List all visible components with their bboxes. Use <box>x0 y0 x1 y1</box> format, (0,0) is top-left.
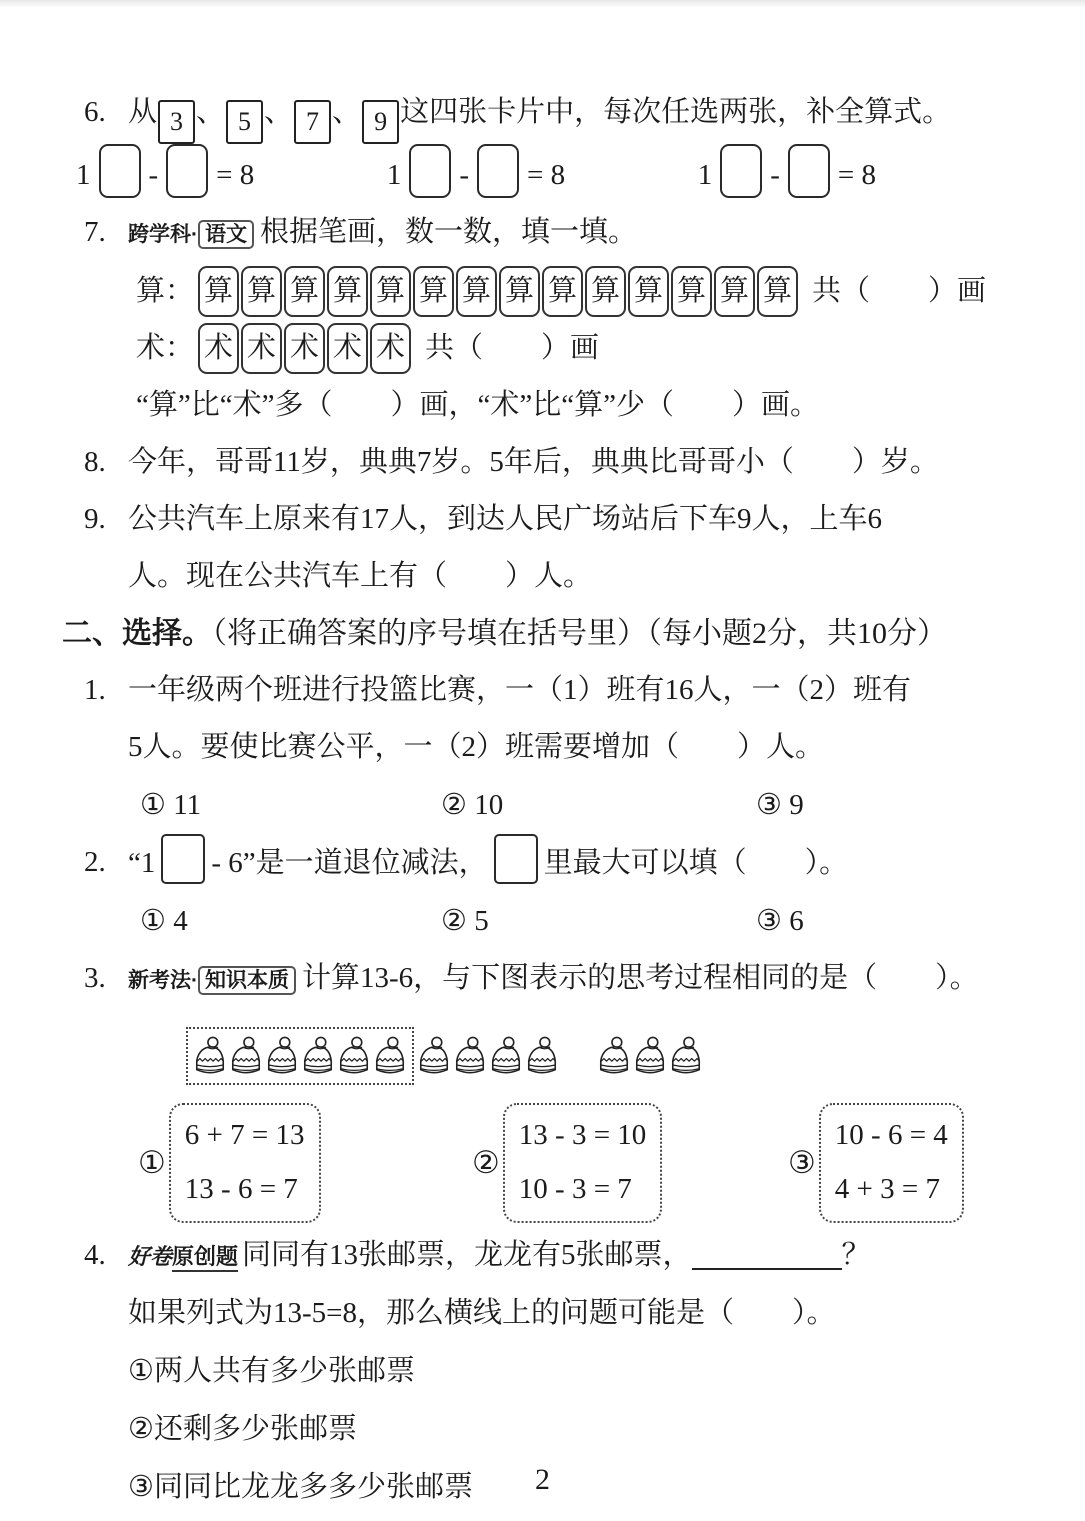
option-1: ①两人共有多少张邮票 <box>128 1342 1015 1400</box>
number-card-3: 3 <box>158 100 195 144</box>
choice-1-line1: 一年级两个班进行投篮比赛，一（1）班有16人，一（2）班有 <box>128 662 1015 719</box>
page-number: 2 <box>0 1463 1085 1497</box>
section-2-header: 二、选择。（将正确答案的序号填在括号里）（每小题2分，共10分） <box>62 605 1015 662</box>
section-2-title: 二、选择。 <box>62 617 212 650</box>
question-blank-line <box>692 1234 842 1270</box>
stroke-box: 算 <box>413 266 454 317</box>
answer-box <box>99 144 141 198</box>
question-6-number: 6. <box>84 84 128 141</box>
shu-label: 术： <box>136 320 194 377</box>
stroke-box: 算 <box>499 266 540 317</box>
choice-1-options: ① 11 ② 10 ③ 9 <box>140 776 1015 834</box>
cake-icon <box>669 1034 703 1078</box>
number-card-5: 5 <box>226 100 263 144</box>
option-3: ③10 - 6 = 44 + 3 = 7 <box>788 1103 1015 1222</box>
option-2: ② 10 <box>441 776 756 834</box>
stroke-box: 算 <box>241 266 282 317</box>
cake-icon <box>265 1034 299 1078</box>
cake-diagram <box>186 1017 1015 1095</box>
choice-4-line1: 好卷原创题同同有13张邮票，龙龙有5张邮票，？ <box>128 1227 1015 1285</box>
cross-subject-badge: 跨学科·语文 <box>128 223 254 246</box>
stroke-row-shu: 术： 术术术术术 共（ ）画 <box>62 320 1015 377</box>
cake-icon <box>337 1034 371 1078</box>
choice-question-2: 2. “1- 6”是一道退位减法，里最大可以填（ ）。 ① 4 ② 5 ③ 6 <box>62 834 1015 950</box>
scan-edge <box>0 0 1085 8</box>
option-3: ③ 9 <box>756 776 1015 834</box>
choice-3-text-row: 新考法·知识本质计算13-6，与下图表示的思考过程相同的是（ ）。 <box>128 950 1015 1009</box>
equation-blank: 1-= 8 <box>387 144 565 204</box>
stroke-box: 算 <box>198 266 239 317</box>
option-2: ②13 - 3 = 1010 - 3 = 7 <box>472 1103 788 1222</box>
suan-count-blank: 共（ ）画 <box>812 263 986 320</box>
cake-icon <box>453 1034 487 1078</box>
choice-2-options: ① 4 ② 5 ③ 6 <box>140 892 1015 950</box>
stroke-box: 算 <box>628 266 669 317</box>
choice-2-text: “1- 6”是一道退位减法，里最大可以填（ ）。 <box>128 834 1015 892</box>
choice-1-line2: 5人。要使比赛公平，一（2）班需要增加（ ）人。 <box>128 719 1015 776</box>
choice-question-3: 3. 新考法·知识本质计算13-6，与下图表示的思考过程相同的是（ ）。 ①6 … <box>62 950 1015 1227</box>
new-method-badge: 新考法·知识本质 <box>128 969 296 992</box>
question-6-text: 从3、5、7、9这四张卡片中，每次任选两张，补全算式。 <box>128 84 1015 144</box>
question-9-number: 9. <box>84 491 128 548</box>
choice-3-number: 3. <box>84 950 128 1007</box>
stroke-box: 术 <box>327 323 368 374</box>
stroke-box: 算 <box>284 266 325 317</box>
cake-icon <box>633 1034 667 1078</box>
cake-group-circled <box>186 1027 414 1085</box>
haojuan-logo: 好卷 <box>128 1244 172 1269</box>
stroke-box: 算 <box>542 266 583 317</box>
cake-icon <box>301 1034 335 1078</box>
original-question-badge: 原创题 <box>172 1244 238 1272</box>
stroke-box: 术 <box>284 323 325 374</box>
question-8-number: 8. <box>84 434 128 491</box>
question-7: 7. 跨学科·语文根据笔画，数一数，填一填。 <box>62 204 1015 263</box>
cake-group-middle <box>416 1034 560 1078</box>
cake-group-right <box>596 1034 704 1078</box>
shu-stroke-boxes: 术术术术术 <box>198 323 413 374</box>
option-3: ③ 6 <box>756 892 1015 950</box>
number-card-7: 7 <box>294 100 331 144</box>
question-8-text: 今年，哥哥11岁，典典7岁。5年后，典典比哥哥小（ ）岁。 <box>128 434 1015 491</box>
option-1: ①6 + 7 = 1313 - 6 = 7 <box>138 1103 472 1222</box>
stroke-box: 算 <box>671 266 712 317</box>
option-2: ②还剩多少张邮票 <box>128 1400 1015 1458</box>
stroke-box: 术 <box>198 323 239 374</box>
section-2-subtitle: （将正确答案的序号填在括号里）（每小题2分，共10分） <box>212 617 947 650</box>
cake-icon <box>597 1034 631 1078</box>
stroke-box: 术 <box>370 323 411 374</box>
question-7-text: 根据笔画，数一数，填一填。 <box>260 216 637 248</box>
stroke-box: 算 <box>327 266 368 317</box>
cake-icon <box>373 1034 407 1078</box>
question-9: 9. 公共汽车上原来有17人，到达人民广场站后下车9人，上车6 人。现在公共汽车… <box>62 491 1015 605</box>
exam-page: { "page": {"number": "2"}, "q6": { "num"… <box>0 0 1085 1521</box>
question-6: 6. 从3、5、7、9这四张卡片中，每次任选两张，补全算式。 <box>62 84 1015 144</box>
worksheet: 6. 从3、5、7、9这四张卡片中，每次任选两张，补全算式。 1-= 8 1-=… <box>0 0 1085 1516</box>
stroke-box: 算 <box>370 266 411 317</box>
question-8: 8. 今年，哥哥11岁，典典7岁。5年后，典典比哥哥小（ ）岁。 <box>62 434 1015 491</box>
cake-icon <box>489 1034 523 1078</box>
choice-3-text: 计算13-6，与下图表示的思考过程相同的是（ ）。 <box>302 962 979 994</box>
question-7-number: 7. <box>84 204 128 261</box>
stroke-row-suan: 算： 算算算算算算算算算算算算算算 共（ ）画 <box>62 263 1015 320</box>
stroke-box: 算 <box>757 266 798 317</box>
choice-2-number: 2. <box>84 834 128 891</box>
cake-icon <box>525 1034 559 1078</box>
equation-box: 10 - 6 = 44 + 3 = 7 <box>819 1103 964 1222</box>
answer-box <box>409 144 451 198</box>
stroke-box: 算 <box>585 266 626 317</box>
question-9-line1: 公共汽车上原来有17人，到达人民广场站后下车9人，上车6 <box>128 491 1015 548</box>
question-6-equations: 1-= 8 1-= 81-= 8 <box>76 144 876 204</box>
option-2: ② 5 <box>441 892 756 950</box>
choice-4-line2: 如果列式为13-5=8，那么横线上的问题可能是（ ）。 <box>128 1285 1015 1342</box>
answer-box <box>494 834 538 884</box>
option-1: ① 11 <box>140 776 441 834</box>
choice-4-number: 4. <box>84 1227 128 1284</box>
equation-box: 13 - 3 = 1010 - 3 = 7 <box>503 1103 663 1222</box>
answer-box <box>477 144 519 198</box>
cake-icon <box>417 1034 451 1078</box>
number-card-9: 9 <box>362 100 399 144</box>
stroke-box: 术 <box>241 323 282 374</box>
answer-box <box>161 834 205 884</box>
stroke-box: 算 <box>714 266 755 317</box>
equation-box: 6 + 7 = 1313 - 6 = 7 <box>169 1103 321 1222</box>
choice-1-number: 1. <box>84 662 128 719</box>
suan-label: 算： <box>136 263 194 320</box>
choice-3-options: ①6 + 7 = 1313 - 6 = 7 ②13 - 3 = 1010 - 3… <box>138 1099 1015 1227</box>
shu-count-blank: 共（ ）画 <box>425 320 599 377</box>
equation-blank: 1-= 8 <box>76 144 254 204</box>
question-9-line2: 人。现在公共汽车上有（ ）人。 <box>128 548 1015 605</box>
option-1: ① 4 <box>140 892 441 950</box>
answer-box <box>788 144 830 198</box>
cake-icon <box>229 1034 263 1078</box>
stroke-compare-line: “算”比“术”多（ ）画，“术”比“算”少（ ）画。 <box>62 377 1015 434</box>
cake-icon <box>193 1034 227 1078</box>
stroke-box: 算 <box>456 266 497 317</box>
choice-question-1: 1. 一年级两个班进行投篮比赛，一（1）班有16人，一（2）班有 5人。要使比赛… <box>62 662 1015 834</box>
answer-box <box>720 144 762 198</box>
suan-stroke-boxes: 算算算算算算算算算算算算算算 <box>198 266 800 317</box>
answer-box <box>166 144 208 198</box>
equation-blank: 1-= 8 <box>698 144 876 204</box>
